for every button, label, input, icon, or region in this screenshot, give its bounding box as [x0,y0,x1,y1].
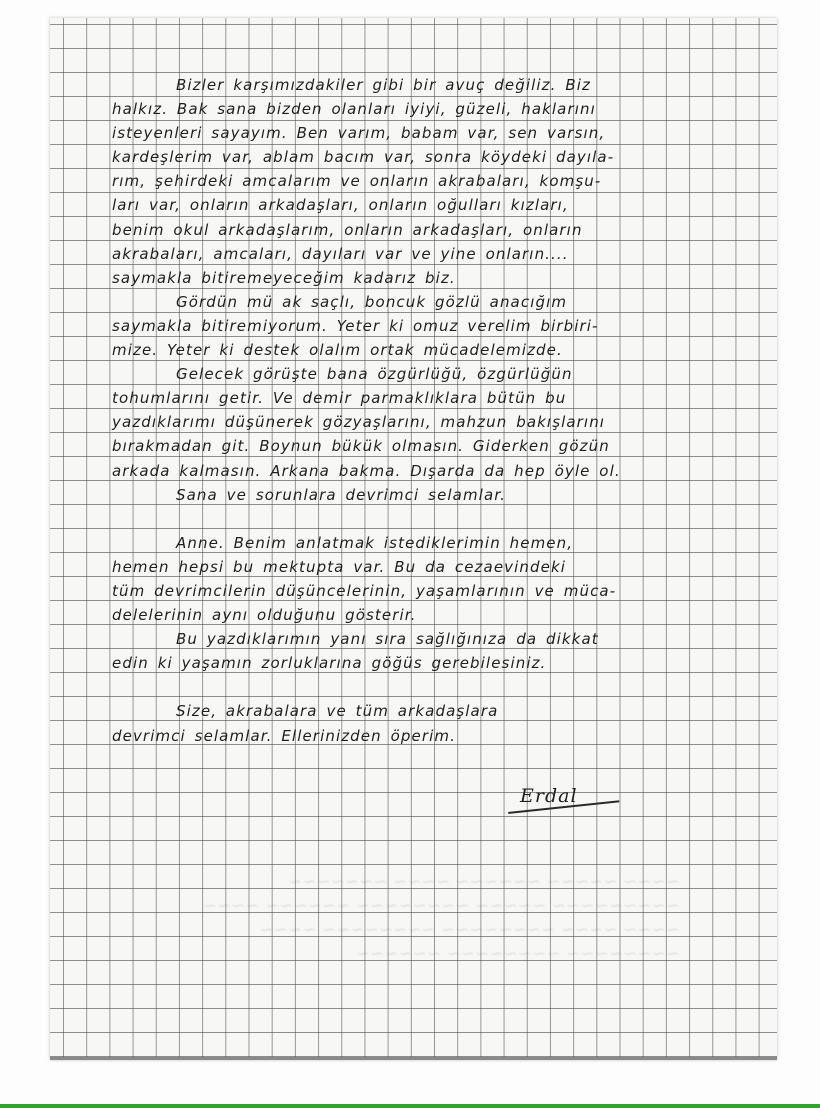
bleed-line: ~~~~ ~~~~ ~~~~~~~~ ~~~~~~~~ ~~~~ [120,918,680,942]
blank-line [112,507,772,531]
text-line: Bizler karşımızdakiler gibi bir avuç değ… [112,73,772,97]
text-line: saymakla bitiremiyorum. Yeter ki omuz ve… [112,314,772,338]
text-line: Size, akrabalara ve tüm arkadaşlara [112,699,772,723]
paragraph-3: Gelecek görüşte bana özgürlüğü, özgürlüğ… [112,362,772,482]
signature: Erdal [520,785,578,807]
text-line: tohumlarını getir. Ve demir parmaklıklar… [112,386,772,410]
text-line: arkada kalmasın. Arkana bakma. Dışarda d… [112,459,772,483]
blank-line [112,675,772,699]
paragraph-1: Bizler karşımızdakiler gibi bir avuç değ… [112,73,772,290]
text-line: edin ki yaşamın zorluklarına göğüs gereb… [112,651,772,675]
bottom-accent-bar [0,1104,820,1108]
text-line: saymakla bitiremeyeceğim kadarız biz. [112,266,772,290]
text-line: Sana ve sorunlara devrimci selamlar. [112,483,772,507]
text-line: bırakmadan git. Boynun bükük olmasın. Gi… [112,434,772,458]
text-line: isteyenleri sayayım. Ben varım, babam va… [112,121,772,145]
text-line: devrimci selamlar. Ellerinizden öperim. [112,724,772,748]
text-line: Gördün mü ak saçlı, boncuk gözlü anacığı… [112,290,772,314]
text-line: yazdıklarımı düşünerek gözyaşlarını, mah… [112,410,772,434]
paragraph-2: Gördün mü ak saçlı, boncuk gözlü anacığı… [112,290,772,362]
paragraph-6: Bu yazdıklarımın yanı sıra sağlığınıza d… [112,627,772,675]
text-line: halkız. Bak sana bizden olanları iyiyi, … [112,97,772,121]
paragraph-4: Sana ve sorunlara devrimci selamlar. [112,483,772,507]
text-line: Bu yazdıklarımın yanı sıra sağlığınıza d… [112,627,772,651]
text-line: Anne. Benim anlatmak istediklerimin heme… [112,531,772,555]
bleed-line: ~~~~ ~~~~~ ~~~~~~ ~~~~ ~~~~~~~ [120,870,680,894]
text-line: tüm devrimcilerin düşüncelerinin, yaşaml… [112,579,772,603]
paragraph-5: Anne. Benim anlatmak istediklerimin heme… [112,531,772,627]
text-line: kardeşlerim var, ablam bacım var, sonra … [112,145,772,169]
text-line: ları var, onların arkadaşları, onların o… [112,193,772,217]
bleed-line: ~~~~~~~~ ~~~~~~~~ ~~~~~~ [120,942,680,966]
letter-body: Bizler karşımızdakiler gibi bir avuç değ… [112,73,772,748]
text-line: Gelecek görüşte bana özgürlüğü, özgürlüğ… [112,362,772,386]
bleed-line: ~~~~~~~~~ ~~~~~ ~~~~~~~~ ~~~~~~ ~~~~ [120,894,680,918]
text-line: rım, şehirdeki amcalarım ve onların akra… [112,169,772,193]
text-line: mize. Yeter ki destek olalım ortak mücad… [112,338,772,362]
reverse-side-bleed-through: ~~~~ ~~~~~ ~~~~~~ ~~~~ ~~~~~~~ ~~~~~~~~~… [120,870,680,990]
paragraph-7: Size, akrabalara ve tüm arkadaşlara devr… [112,699,772,747]
text-line: benim okul arkadaşlarım, onların arkadaş… [112,218,772,242]
page-canvas: ~~~~ ~~~~~ ~~~~~~ ~~~~ ~~~~~~~ ~~~~~~~~~… [0,0,820,1108]
text-line: akrabaları, amcaları, dayıları var ve yi… [112,242,772,266]
text-line: hemen hepsi bu mektupta var. Bu da cezae… [112,555,772,579]
text-line: delelerinin aynı olduğunu gösterir. [112,603,772,627]
